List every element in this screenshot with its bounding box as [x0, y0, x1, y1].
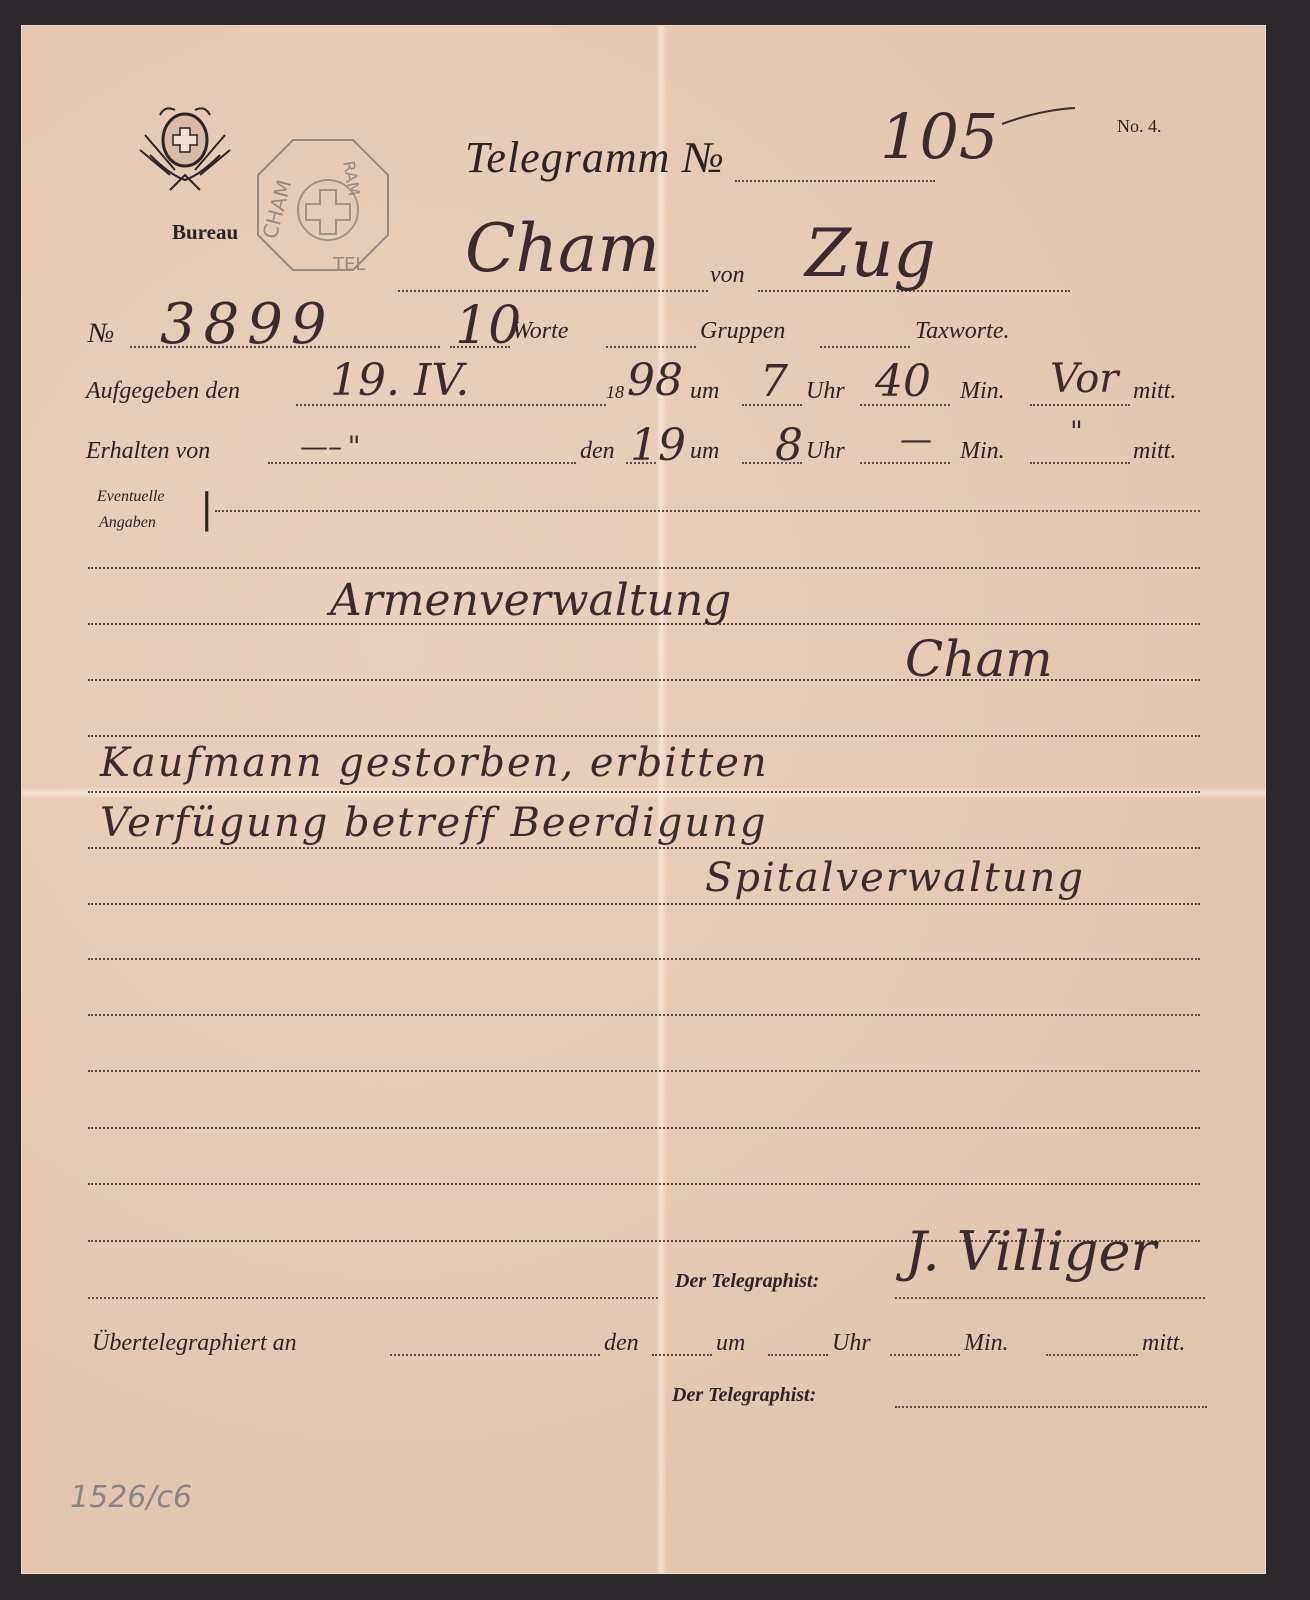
swiss-coat-of-arms-icon — [130, 95, 240, 195]
mitt-label: mitt. — [1133, 378, 1176, 405]
den-label-3: den — [604, 1330, 639, 1357]
postmark-stamp-icon: CHAM RAM TEL — [248, 130, 398, 280]
dotted-line — [606, 346, 696, 348]
um-label: um — [690, 378, 719, 405]
dotted-line — [860, 462, 950, 464]
year-prefix: 18 — [606, 382, 624, 403]
taxworte-label: Taxworte. — [915, 318, 1009, 345]
dotted-line — [215, 510, 1200, 512]
submitted-meridiem: Vor — [1050, 356, 1118, 402]
bracket: | — [200, 486, 213, 532]
message-line-3: Spitalverwaltung — [705, 855, 1085, 901]
svg-text:CHAM: CHAM — [258, 177, 297, 241]
erhalten-label: Erhalten von — [86, 438, 210, 465]
den-label: den — [580, 438, 615, 465]
telegram-number: 105 — [880, 100, 998, 173]
von-label: von — [710, 262, 745, 289]
aufgegeben-label: Aufgegeben den — [86, 378, 240, 405]
dotted-line — [1030, 462, 1130, 464]
dotted-line — [735, 180, 935, 182]
uhr-label-3: Uhr — [832, 1330, 871, 1357]
um-label-3: um — [716, 1330, 745, 1357]
dotted-line — [1030, 404, 1130, 406]
dotted-line — [895, 1406, 1207, 1408]
dotted-line — [820, 346, 910, 348]
dotted-line — [398, 290, 708, 292]
dotted-line — [88, 958, 1200, 960]
page-title: Telegramm № — [465, 132, 725, 183]
uhr-label-2: Uhr — [806, 438, 845, 465]
flourish-icon — [1000, 106, 1080, 126]
min-label: Min. — [960, 378, 1005, 405]
mitt-label-3: mitt. — [1142, 1330, 1185, 1357]
dotted-line — [88, 735, 1200, 737]
origin-place: Zug — [805, 215, 936, 292]
mitt-label-2: mitt. — [1133, 438, 1176, 465]
telegraphist-label: Der Telegraphist: — [675, 1270, 819, 1293]
uebertelegraphiert-label: Übertelegraphiert an — [92, 1330, 297, 1357]
gruppen-label: Gruppen — [700, 318, 785, 345]
received-from: —– " — [300, 430, 360, 463]
dotted-line — [88, 1183, 1200, 1185]
min-label-2: Min. — [960, 438, 1005, 465]
dotted-line — [88, 1070, 1200, 1072]
dotted-line — [88, 1014, 1200, 1016]
message-addressee-place: Cham — [905, 630, 1053, 688]
form-number: No. 4. — [1117, 116, 1162, 137]
svg-text:RAM: RAM — [339, 159, 364, 197]
svg-text:TEL: TEL — [332, 254, 365, 275]
dotted-line — [895, 1297, 1205, 1299]
received-meridiem: " — [1070, 415, 1083, 448]
submitted-hour: 7 — [760, 356, 788, 407]
pencil-archive-note: 1526/c6 — [70, 1480, 192, 1515]
dotted-line — [88, 791, 1200, 793]
received-hour: 8 — [775, 420, 803, 471]
worte-label: Worte — [512, 318, 568, 345]
dotted-line — [88, 1297, 658, 1299]
dotted-line — [652, 1354, 712, 1356]
year-suffix: 98 — [627, 355, 683, 406]
bureau-label: Bureau — [172, 220, 238, 245]
min-label-3: Min. — [964, 1330, 1009, 1357]
received-minute: — — [900, 420, 932, 458]
dotted-line — [390, 1354, 600, 1356]
dotted-line — [88, 1127, 1200, 1129]
message-line-2: Verfügung betreff Beerdigung — [100, 800, 767, 846]
dotted-line — [88, 847, 1200, 849]
dotted-line — [88, 903, 1200, 905]
um-label-2: um — [690, 438, 719, 465]
telegraphist-label-2: Der Telegraphist: — [672, 1384, 816, 1407]
message-addressee: Armenverwaltung — [330, 575, 731, 626]
no-label: № — [88, 318, 114, 350]
serial-number: 3899 — [160, 292, 335, 357]
submitted-minute: 40 — [875, 356, 931, 407]
message-line-1: Kaufmann gestorben, erbitten — [100, 740, 769, 786]
received-day: 19 — [630, 420, 686, 471]
angaben-label: Angaben — [99, 514, 156, 532]
dotted-line — [1046, 1354, 1138, 1356]
eventuelle-label: Eventuelle — [97, 488, 165, 506]
telegraphist-signature: J. Villiger — [905, 1220, 1156, 1283]
dotted-line — [890, 1354, 960, 1356]
office-name: Cham — [465, 210, 660, 287]
dotted-line — [88, 567, 1200, 569]
uhr-label: Uhr — [806, 378, 845, 405]
submitted-date: 19. IV. — [330, 355, 469, 406]
dotted-line — [768, 1354, 828, 1356]
